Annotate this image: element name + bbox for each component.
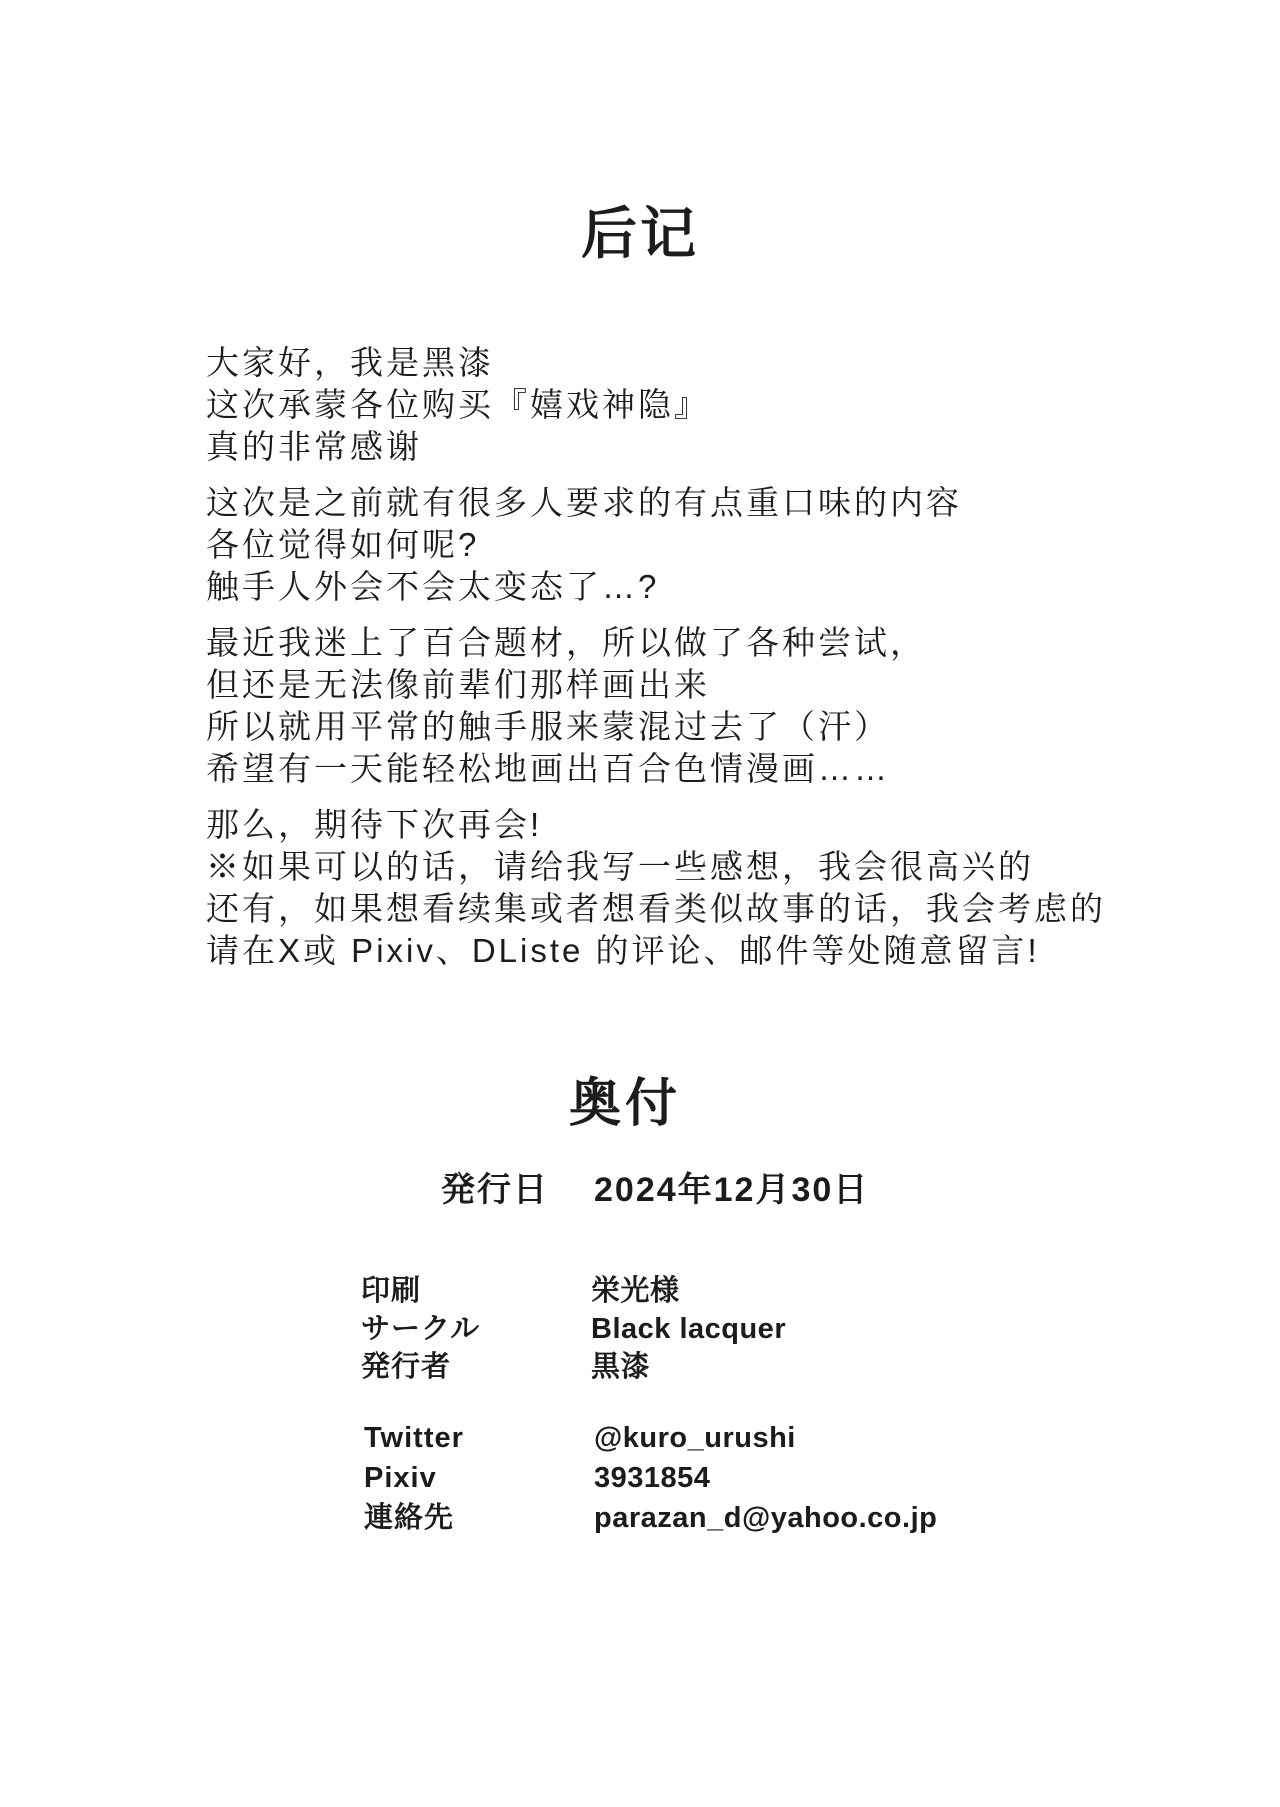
colophon-row-value: parazan_d@yahoo.co.jp: [594, 1498, 937, 1538]
afterword-paragraph: 那么，期待下次再会! ※如果可以的话，请给我写一些感想，我会很高兴的 还有，如果…: [206, 804, 1166, 972]
publish-date-value: 2024年12月30日: [594, 1172, 869, 1209]
afterword-line: 真的非常感谢: [206, 426, 1166, 468]
colophon-row-label: 発行者: [361, 1348, 591, 1386]
afterword-line: 所以就用平常的触手服来蒙混过去了（汗）: [206, 706, 1166, 748]
afterword-line: 最近我迷上了百合题材，所以做了各种尝试，: [206, 622, 1166, 664]
afterword-line: 大家好，我是黑漆: [206, 342, 1166, 384]
colophon-contact-table: Twitter @kuro_urushi Pixiv 3931854 連絡先 p…: [364, 1418, 937, 1538]
colophon-row-contact-email: 連絡先 parazan_d@yahoo.co.jp: [364, 1498, 937, 1538]
afterword-line: 这次是之前就有很多人要求的有点重口味的内容: [206, 482, 1166, 524]
publish-date-row: 発行日 2024年12月30日: [441, 1172, 869, 1209]
afterword-line: 但还是无法像前辈们那样画出来: [206, 664, 1166, 706]
colophon-title: 奥付: [569, 1078, 681, 1130]
afterword-paragraph: 大家好，我是黑漆 这次承蒙各位购买『嬉戏神隐』 真的非常感谢: [206, 342, 1166, 468]
afterword-paragraph: 这次是之前就有很多人要求的有点重口味的内容 各位觉得如何呢? 触手人外会不会太变…: [206, 482, 1166, 608]
colophon-row-label: サークル: [361, 1310, 591, 1348]
afterword-line: 那么，期待下次再会!: [206, 804, 1166, 846]
colophon-row-label: Pixiv: [364, 1458, 594, 1498]
colophon-row-label: Twitter: [364, 1418, 594, 1458]
colophon-row-printer: 印刷 栄光様: [361, 1272, 786, 1310]
afterword-body: 大家好，我是黑漆 这次承蒙各位购买『嬉戏神隐』 真的非常感谢 这次是之前就有很多…: [206, 342, 1166, 986]
colophon-row-value: @kuro_urushi: [594, 1418, 796, 1458]
afterword-line: 这次承蒙各位购买『嬉戏神隐』: [206, 384, 1166, 426]
colophon-row-value: Black lacquer: [591, 1310, 786, 1348]
afterword-line: 各位觉得如何呢?: [206, 524, 1166, 566]
afterword-line: 触手人外会不会太变态了…?: [206, 566, 1166, 608]
colophon-row-label: 連絡先: [364, 1498, 594, 1538]
colophon-row-label: 印刷: [361, 1272, 591, 1310]
colophon-row-twitter: Twitter @kuro_urushi: [364, 1418, 937, 1458]
colophon-row-publisher: 発行者 黒漆: [361, 1348, 786, 1386]
colophon-row-pixiv: Pixiv 3931854: [364, 1458, 937, 1498]
afterword-line: ※如果可以的话，请给我写一些感想，我会很高兴的: [206, 846, 1166, 888]
afterword-line: 还有，如果想看续集或者想看类似故事的话，我会考虑的: [206, 888, 1166, 930]
colophon-row-value: 3931854: [594, 1458, 710, 1498]
afterword-page: 后记 大家好，我是黑漆 这次承蒙各位购买『嬉戏神隐』 真的非常感谢 这次是之前就…: [0, 0, 1280, 1807]
afterword-line: 希望有一天能轻松地画出百合色情漫画……: [206, 748, 1166, 790]
colophon-row-value: 黒漆: [591, 1348, 650, 1386]
afterword-title: 后记: [0, 206, 1280, 262]
afterword-line: 请在X或 Pixiv、DListe 的评论、邮件等处随意留言!: [206, 930, 1166, 972]
colophon-row-circle: サークル Black lacquer: [361, 1310, 786, 1348]
publish-date-label: 発行日: [441, 1172, 549, 1209]
colophon-row-value: 栄光様: [591, 1272, 680, 1310]
colophon-info-table: 印刷 栄光様 サークル Black lacquer 発行者 黒漆: [361, 1272, 786, 1386]
afterword-paragraph: 最近我迷上了百合题材，所以做了各种尝试， 但还是无法像前辈们那样画出来 所以就用…: [206, 622, 1166, 790]
